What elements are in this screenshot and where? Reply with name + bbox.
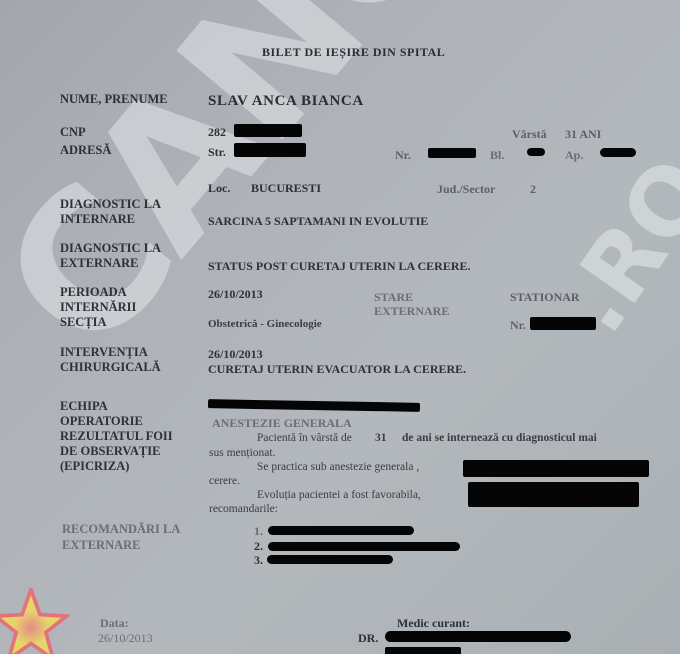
doctor-prefix: DR. (358, 631, 378, 646)
discharge-state-value: STATIONAR (510, 290, 580, 305)
discharge-diagnosis-label-1: DIAGNOSTIC LA (60, 241, 161, 256)
document-title: BILET DE IEȘIRE DIN SPITAL (262, 45, 445, 60)
anesthesia-value: ANESTEZIE GENERALA (212, 416, 352, 431)
apartment-redaction (600, 148, 636, 157)
admission-diagnosis-label-2: INTERNARE (60, 212, 135, 227)
discharge-diagnosis-value: STATUS POST CURETAJ UTERIN LA CERERE. (208, 259, 471, 274)
block-redaction (527, 148, 545, 156)
period-label-1: PERIOADA (60, 285, 127, 300)
discharge-diagnosis-label-2: EXTERNARE (60, 256, 139, 271)
epicrisis-redaction-2 (468, 482, 639, 507)
epicrisis-redaction-1 (463, 460, 649, 477)
epicrisis-line-1a: Pacientă în vârstă de (257, 432, 352, 444)
team-label-2: OPERATORIE (60, 414, 143, 429)
date-value: 26/10/2013 (98, 631, 153, 646)
epicrisis-age: 31 (375, 432, 387, 444)
recommendation-3: 3. (254, 553, 263, 568)
period-value: 26/10/2013 (208, 287, 263, 302)
recommendation-1-redaction (268, 526, 414, 535)
recommendation-3-redaction (267, 555, 393, 564)
recommendations-label-2: EXTERNARE (62, 538, 141, 553)
cnp-prefix: 282 (208, 125, 226, 140)
surgery-date: 26/10/2013 (208, 347, 263, 362)
epicrisis-line-1b: de ani se internează cu diagnosticul mai (402, 432, 597, 444)
surgery-value: CURETAJ UTERIN EVACUATOR LA CERERE. (208, 362, 466, 377)
county-label: Jud./Sector (437, 182, 495, 197)
recommendations-label-1: RECOMANDĂRI LA (62, 522, 180, 537)
signature-redaction (385, 647, 461, 654)
team-label-1: ECHIPA (60, 399, 108, 414)
doctor-name-redaction (385, 631, 571, 642)
locality-label: Loc. (208, 181, 230, 196)
address-label: ADRESĂ (60, 143, 111, 158)
block-label: Bl. (490, 148, 504, 163)
epicrisis-line-5: Evoluția pacientei a fost favorabila, (257, 489, 421, 501)
star-logo-icon (0, 588, 70, 654)
epicrisis-line-4: cerere. (209, 475, 240, 487)
epicrisis-line-2: sus menționat. (209, 447, 275, 459)
county-value: 2 (530, 182, 536, 197)
locality-value: BUCURESTI (251, 181, 321, 196)
period-label-2: INTERNĂRII (60, 300, 136, 315)
surgery-label-1: INTERVENȚIA (60, 345, 148, 360)
discharge-state-label-2: EXTERNARE (374, 304, 449, 319)
number-redaction (428, 148, 476, 158)
section-number-redaction (530, 317, 596, 330)
cnp-label: CNP (60, 125, 86, 140)
age-label: Vârstă (512, 127, 547, 142)
discharge-state-label-1: STARE (374, 290, 413, 305)
street-label: Str. (208, 145, 226, 160)
epicrisis-label-1: REZULTATUL FOII (60, 429, 173, 444)
cnp-redaction (234, 124, 302, 137)
name-label: NUME, PRENUME (60, 92, 168, 107)
admission-diagnosis-value: SARCINA 5 SAPTAMANI IN EVOLUTIE (208, 214, 428, 229)
section-label: SECȚIA (60, 315, 107, 330)
doctor-label: Medic curant: (397, 616, 470, 631)
section-number-label: Nr. (510, 318, 526, 333)
recommendation-2-redaction (268, 542, 460, 551)
street-redaction (234, 143, 306, 157)
epicrisis-label-2: DE OBSERVAȚIE (60, 444, 160, 459)
admission-diagnosis-label-1: DIAGNOSTIC LA (60, 197, 161, 212)
recommendation-1: 1. (254, 524, 263, 539)
recommendation-2: 2. (254, 539, 263, 554)
discharge-document: CANCAN .RO BILET DE IEȘIRE DIN SPITAL NU… (0, 0, 680, 654)
surgery-label-2: CHIRURGICALĂ (60, 360, 161, 375)
epicrisis-label-3: (EPICRIZA) (60, 459, 129, 474)
date-label: Data: (100, 616, 129, 631)
section-value: Obstetrică - Ginecologie (208, 318, 322, 330)
epicrisis-line-6: recomandarile: (209, 503, 278, 515)
apartment-label: Ap. (565, 148, 583, 163)
team-redaction (208, 399, 420, 412)
age-value: 31 ANI (565, 127, 601, 142)
patient-name: SLAV ANCA BIANCA (208, 93, 364, 110)
number-label: Nr. (395, 148, 411, 163)
epicrisis-line-3: Se practica sub anestezie generala , (257, 461, 419, 473)
